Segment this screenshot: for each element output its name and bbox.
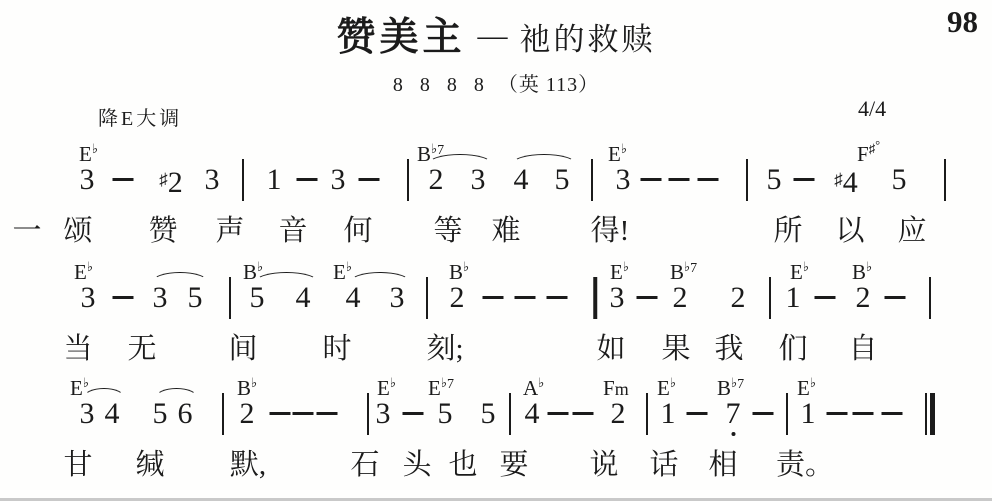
chord-row: E♭B♭E♭E♭7A♭FmE♭B♭7E♭ bbox=[0, 372, 992, 396]
lyric-syllable: 得! bbox=[591, 212, 630, 250]
note-number: ♯2 bbox=[159, 162, 183, 201]
lyric-syllable: 我 bbox=[714, 330, 743, 368]
accidental-sharp: ♯ bbox=[159, 170, 168, 189]
note-number: 3 bbox=[471, 162, 486, 198]
lyric-syllable: 间 bbox=[228, 330, 257, 368]
accidental-sharp: ♯ bbox=[834, 170, 843, 189]
note-number: 7 bbox=[726, 396, 741, 432]
lyric-syllable: 等 bbox=[433, 212, 462, 250]
hymn-title-main: 赞美主 bbox=[336, 16, 465, 59]
duration-dash bbox=[548, 412, 569, 415]
note-number: 3 bbox=[610, 280, 625, 316]
lyric-syllable: 要 bbox=[499, 446, 528, 484]
barline bbox=[786, 393, 788, 435]
lyric-syllable: 们 bbox=[778, 330, 807, 368]
hymn-sheet-page: { "page": { "number": "98" }, "header": … bbox=[0, 0, 992, 501]
hymn-title: 赞美主—祂的救赎 bbox=[0, 6, 992, 62]
duration-dash bbox=[270, 412, 291, 415]
lyric-syllable: 时 bbox=[322, 330, 351, 368]
note-number: 3 bbox=[205, 162, 220, 198]
key-signature-label: 降E大调 bbox=[98, 102, 182, 131]
duration-dash bbox=[827, 412, 848, 415]
chord-row: E♭B♭7E♭F♯° bbox=[0, 138, 992, 162]
final-barline-thick bbox=[930, 393, 935, 435]
page-number: 98 bbox=[947, 4, 978, 40]
note-number: 3 bbox=[81, 280, 96, 316]
duration-dash bbox=[547, 296, 568, 299]
barline bbox=[367, 393, 369, 435]
note-number: 6 bbox=[178, 396, 193, 432]
lyric-syllable: 说 bbox=[589, 446, 618, 484]
lyric-syllable: 如 bbox=[596, 330, 625, 368]
barline bbox=[407, 159, 409, 201]
lyric-syllable: 话 bbox=[649, 446, 678, 484]
note-number: 3 bbox=[331, 162, 346, 198]
note-number: 5 bbox=[438, 396, 453, 432]
lyric-syllable: 缄 bbox=[135, 446, 164, 484]
note-number: 2 bbox=[240, 396, 255, 432]
note-row: 3♯2313234535♯45 bbox=[0, 162, 992, 198]
lyric-syllable: 声 bbox=[215, 212, 244, 250]
barline bbox=[746, 159, 748, 201]
system-3: E♭B♭E♭E♭7A♭FmE♭B♭7E♭ 3456235542171 甘缄默,石… bbox=[0, 372, 992, 486]
note-number: 5 bbox=[250, 280, 265, 316]
lyric-syllable: 默, bbox=[230, 446, 266, 484]
note-number: 3 bbox=[80, 162, 95, 198]
lyric-syllable: 所 bbox=[773, 212, 802, 250]
lyric-syllable: 颂 bbox=[63, 212, 92, 250]
duration-dash bbox=[483, 296, 504, 299]
duration-dash bbox=[698, 178, 719, 181]
lyric-syllable: 也 bbox=[448, 446, 477, 484]
barline bbox=[769, 277, 771, 319]
note-number: 2 bbox=[856, 280, 871, 316]
note-number: 4 bbox=[514, 162, 529, 198]
time-signature: 4/4 bbox=[858, 96, 886, 122]
lyric-syllable: 何 bbox=[343, 212, 372, 250]
barline bbox=[242, 159, 244, 201]
note-number: 4 bbox=[525, 396, 540, 432]
duration-dash bbox=[885, 296, 906, 299]
final-barline-thin bbox=[925, 393, 927, 435]
note-number: 5 bbox=[481, 396, 496, 432]
duration-dash bbox=[637, 296, 658, 299]
meter-reference: （英 113） bbox=[498, 74, 599, 96]
barline bbox=[426, 277, 428, 319]
system-1: E♭B♭7E♭F♯° 3♯2313234535♯45 一颂赞声音何等难得!所以应 bbox=[0, 138, 992, 252]
duration-dash bbox=[753, 412, 774, 415]
barline bbox=[509, 393, 511, 435]
lyric-syllable: 以 bbox=[835, 212, 864, 250]
chord-row: E♭B♭E♭B♭E♭B♭7E♭B♭ bbox=[0, 256, 992, 280]
note-row: 3355443232212 bbox=[0, 280, 992, 316]
lyric-syllable: 应 bbox=[897, 212, 926, 250]
duration-dash bbox=[113, 296, 134, 299]
duration-dash bbox=[293, 412, 314, 415]
barline bbox=[229, 277, 231, 319]
barline bbox=[929, 277, 931, 319]
lyric-row: 当无间时刻;如果我们自 bbox=[0, 330, 992, 370]
note-number: ♯4 bbox=[834, 162, 858, 201]
lyric-syllable: 自 bbox=[848, 330, 877, 368]
lyric-syllable: 石 bbox=[350, 446, 379, 484]
duration-dash bbox=[815, 296, 836, 299]
note-number: 2 bbox=[673, 280, 688, 316]
duration-dash bbox=[113, 178, 134, 181]
duration-dash bbox=[794, 178, 815, 181]
lyric-syllable: 赞 bbox=[148, 212, 177, 250]
duration-dash bbox=[641, 178, 662, 181]
note-number: 5 bbox=[153, 396, 168, 432]
note-number: 5 bbox=[555, 162, 570, 198]
lyric-syllable: 当 bbox=[63, 330, 92, 368]
note-number: 5 bbox=[188, 280, 203, 316]
note-number: 1 bbox=[267, 162, 282, 198]
lyric-syllable: 甘 bbox=[63, 446, 92, 484]
hymn-title-subname: 祂的救赎 bbox=[520, 22, 656, 57]
low-octave-dot bbox=[731, 432, 735, 436]
meter-line: 8 8 8 8（英 113） bbox=[0, 68, 992, 97]
note-number: 1 bbox=[786, 280, 801, 316]
note-number: 3 bbox=[153, 280, 168, 316]
note-number: 3 bbox=[616, 162, 631, 198]
duration-dash bbox=[317, 412, 338, 415]
barline bbox=[944, 159, 946, 201]
lyric-syllable: 果 bbox=[661, 330, 690, 368]
lyric-syllable: 一 bbox=[12, 212, 41, 250]
note-number: 5 bbox=[892, 162, 907, 198]
duration-dash bbox=[359, 178, 380, 181]
hymn-title-dash: — bbox=[478, 19, 508, 52]
note-number: 1 bbox=[801, 396, 816, 432]
barline bbox=[591, 159, 593, 201]
note-number: 3 bbox=[390, 280, 405, 316]
note-number: 2 bbox=[611, 396, 626, 432]
note-number: 2 bbox=[450, 280, 465, 316]
lyric-syllable: 无 bbox=[127, 330, 156, 368]
barline bbox=[222, 393, 224, 435]
duration-dash bbox=[687, 412, 708, 415]
note-number: 4 bbox=[296, 280, 311, 316]
lyric-syllable: 刻; bbox=[426, 330, 463, 368]
lyric-row: 一颂赞声音何等难得!所以应 bbox=[0, 212, 992, 252]
note-number: 5 bbox=[767, 162, 782, 198]
note-number: 4 bbox=[105, 396, 120, 432]
lyric-syllable: 难 bbox=[491, 212, 520, 250]
note-number: 3 bbox=[376, 396, 391, 432]
duration-dash bbox=[853, 412, 874, 415]
system-2: E♭B♭E♭B♭E♭B♭7E♭B♭ 3355443232212 当无间时刻;如果… bbox=[0, 256, 992, 370]
duration-dash bbox=[882, 412, 903, 415]
duration-dash bbox=[515, 296, 536, 299]
lyric-syllable: 责。 bbox=[776, 446, 834, 484]
lyric-syllable: 头 bbox=[402, 446, 431, 484]
note-number: 2 bbox=[429, 162, 444, 198]
barline bbox=[593, 277, 597, 319]
note-number: 2 bbox=[731, 280, 746, 316]
lyric-row: 甘缄默,石头也要说话相责。 bbox=[0, 446, 992, 486]
duration-dash bbox=[573, 412, 594, 415]
meter-numbers: 8 8 8 8 bbox=[393, 74, 490, 96]
note-number: 3 bbox=[80, 396, 95, 432]
duration-dash bbox=[403, 412, 424, 415]
note-number: 1 bbox=[661, 396, 676, 432]
note-number: 4 bbox=[346, 280, 361, 316]
duration-dash bbox=[297, 178, 318, 181]
duration-dash bbox=[669, 178, 690, 181]
barline bbox=[646, 393, 648, 435]
note-row: 3456235542171 bbox=[0, 396, 992, 432]
lyric-syllable: 相 bbox=[708, 446, 737, 484]
final-barline bbox=[925, 393, 935, 435]
lyric-syllable: 音 bbox=[278, 212, 307, 250]
